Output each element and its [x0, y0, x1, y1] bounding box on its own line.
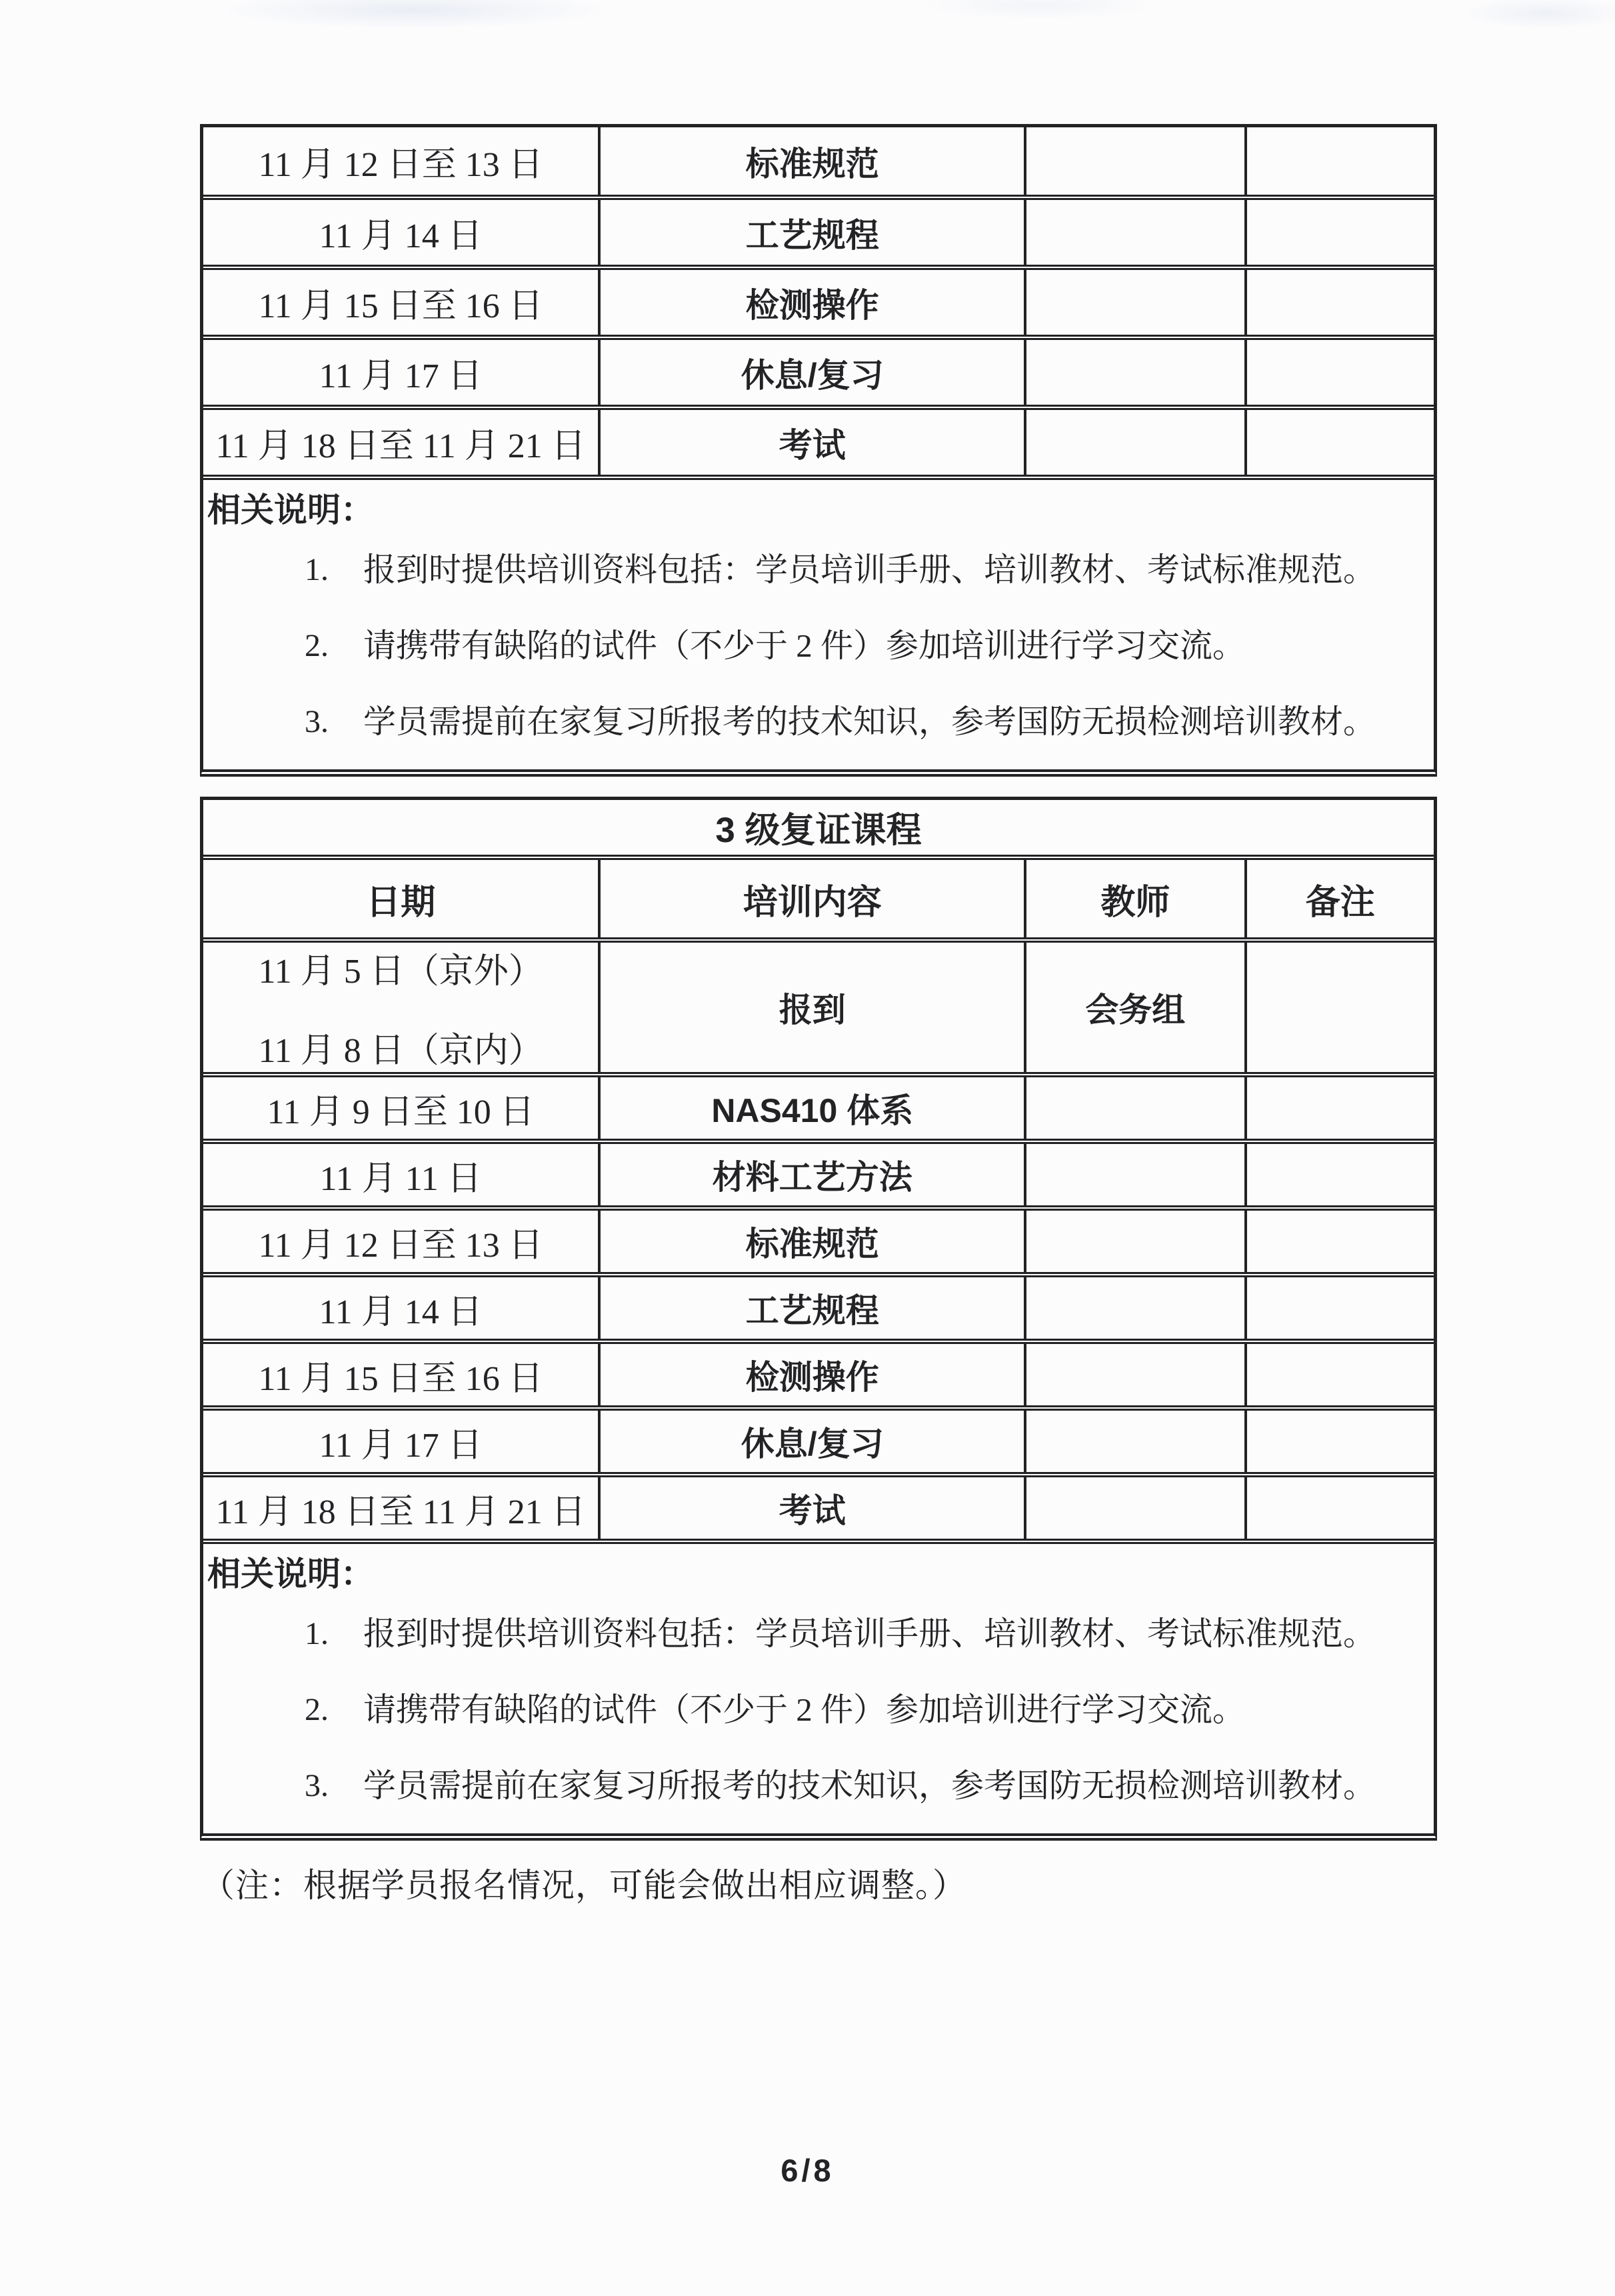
- remark-cell: [1246, 1475, 1434, 1541]
- notes-heading: 相关说明：: [203, 488, 1420, 532]
- content-cell: NAS410 体系: [599, 1075, 1025, 1141]
- teacher-cell: [1025, 267, 1245, 337]
- teacher-cell: [1025, 407, 1245, 477]
- date-cell: 11 月 15 日至 16 日: [203, 1341, 599, 1408]
- table-row: 11 月 14 日 工艺规程: [203, 1275, 1434, 1341]
- date-cell: 11 月 11 日: [203, 1141, 599, 1208]
- note-item: 2. 请携带有缺陷的试件（不少于 2 件）参加培训进行学习交流。: [203, 608, 1420, 684]
- teacher-cell: [1025, 1341, 1245, 1408]
- date-cell: 11 月 17 日: [203, 337, 599, 407]
- content-cell: 标准规范: [599, 1208, 1025, 1275]
- header-teacher: 教师: [1025, 857, 1245, 940]
- note-item-number: 3.: [305, 702, 329, 742]
- remark-cell: [1246, 1275, 1434, 1341]
- note-item-number: 2.: [305, 1690, 329, 1730]
- date-cell: 11 月 15 日至 16 日: [203, 267, 599, 337]
- date-cell: 11 月 12 日至 13 日: [203, 127, 599, 197]
- table-row: 11 月 11 日 材料工艺方法: [203, 1141, 1434, 1208]
- date-cell: 11 月 12 日至 13 日: [203, 1208, 599, 1275]
- content-cell: 检测操作: [599, 1341, 1025, 1408]
- notes-heading: 相关说明：: [203, 1552, 1420, 1596]
- teacher-cell: [1025, 1141, 1245, 1208]
- scan-noise: [0, 0, 1615, 47]
- level3-course-table-block: 3 级复证课程 日期 培训内容 教师 备注 11 月 5 日（京外） 11 月 …: [200, 797, 1437, 1841]
- note-item-text: 学员需提前在家复习所报考的技术知识，参考国防无损检测培训教材。: [363, 702, 1376, 742]
- table-row: 11 月 12 日至 13 日 标准规范: [203, 127, 1434, 197]
- note-item: 3. 学员需提前在家复习所报考的技术知识，参考国防无损检测培训教材。: [203, 684, 1420, 760]
- note-item-number: 2.: [305, 626, 329, 666]
- content-cell: 休息/复习: [599, 337, 1025, 407]
- course-table-block-continued: 11 月 12 日至 13 日 标准规范 11 月 14 日 工艺规程 11 月…: [200, 124, 1437, 777]
- note-item: 3. 学员需提前在家复习所报考的技术知识，参考国防无损检测培训教材。: [203, 1748, 1420, 1824]
- content-cell: 报到: [599, 940, 1025, 1075]
- note-item-text: 请携带有缺陷的试件（不少于 2 件）参加培训进行学习交流。: [363, 626, 1245, 666]
- level3-course-table: 3 级复证课程 日期 培训内容 教师 备注 11 月 5 日（京外） 11 月 …: [203, 800, 1434, 1544]
- table-row: 11 月 14 日 工艺规程: [203, 197, 1434, 267]
- table-row: 11 月 12 日至 13 日 标准规范: [203, 1208, 1434, 1275]
- note-item-text: 报到时提供培训资料包括：学员培训手册、培训教材、考试标准规范。: [363, 1614, 1376, 1654]
- note-item-text: 报到时提供培训资料包括：学员培训手册、培训教材、考试标准规范。: [363, 550, 1376, 590]
- teacher-cell: [1025, 337, 1245, 407]
- note-item-number: 1.: [305, 550, 329, 590]
- remark-cell: [1246, 127, 1434, 197]
- teacher-cell: [1025, 197, 1245, 267]
- content-cell: 工艺规程: [599, 1275, 1025, 1341]
- remark-cell: [1246, 337, 1434, 407]
- remark-cell: [1246, 1208, 1434, 1275]
- table-row: 11 月 17 日 休息/复习: [203, 1408, 1434, 1475]
- checkin-date-inside-beijing: 11 月 8 日（京内）: [210, 1022, 591, 1072]
- header-content: 培训内容: [599, 857, 1025, 940]
- table-title: 3 级复证课程: [203, 800, 1434, 857]
- content-cell: 标准规范: [599, 127, 1025, 197]
- teacher-cell: [1025, 1075, 1245, 1141]
- header-date: 日期: [203, 857, 599, 940]
- date-cell: 11 月 5 日（京外） 11 月 8 日（京内）: [203, 940, 599, 1075]
- date-cell: 11 月 18 日至 11 月 21 日: [203, 407, 599, 477]
- teacher-cell: [1025, 1275, 1245, 1341]
- note-item-number: 1.: [305, 1614, 329, 1654]
- table-row: 11 月 18 日至 11 月 21 日 考试: [203, 407, 1434, 477]
- remark-cell: [1246, 1408, 1434, 1475]
- date-cell: 11 月 18 日至 11 月 21 日: [203, 1475, 599, 1541]
- date-cell: 11 月 17 日: [203, 1408, 599, 1475]
- note-item-text: 请携带有缺陷的试件（不少于 2 件）参加培训进行学习交流。: [363, 1690, 1245, 1730]
- table-row: 11 月 15 日至 16 日 检测操作: [203, 267, 1434, 337]
- teacher-cell: [1025, 127, 1245, 197]
- note-item: 2. 请携带有缺陷的试件（不少于 2 件）参加培训进行学习交流。: [203, 1672, 1420, 1748]
- table-row: 11 月 17 日 休息/复习: [203, 337, 1434, 407]
- content-cell: 工艺规程: [599, 197, 1025, 267]
- remark-cell: [1246, 940, 1434, 1075]
- date-cell: 11 月 9 日至 10 日: [203, 1075, 599, 1141]
- note-item-number: 3.: [305, 1766, 329, 1806]
- adjustment-note: （注：根据学员报名情况，可能会做出相应调整。）: [201, 1859, 966, 1907]
- teacher-cell: [1025, 1475, 1245, 1541]
- remark-cell: [1246, 1341, 1434, 1408]
- content-cell: 检测操作: [599, 267, 1025, 337]
- date-cell: 11 月 14 日: [203, 197, 599, 267]
- page-number: 6/8: [0, 2152, 1615, 2189]
- scanned-document-page: { "colors":{"ink":"#232326","paper":"#fc…: [0, 0, 1615, 2296]
- remark-cell: [1246, 1075, 1434, 1141]
- teacher-cell: 会务组: [1025, 940, 1245, 1075]
- note-item-text: 学员需提前在家复习所报考的技术知识，参考国防无损检测培训教材。: [363, 1766, 1376, 1806]
- table-header-row: 日期 培训内容 教师 备注: [203, 857, 1434, 940]
- teacher-cell: [1025, 1208, 1245, 1275]
- table-row: 11 月 18 日至 11 月 21 日 考试: [203, 1475, 1434, 1541]
- table-row: 11 月 9 日至 10 日 NAS410 体系: [203, 1075, 1434, 1141]
- remark-cell: [1246, 407, 1434, 477]
- content-cell: 休息/复习: [599, 1408, 1025, 1475]
- note-item: 1. 报到时提供培训资料包括：学员培训手册、培训教材、考试标准规范。: [203, 1596, 1420, 1672]
- checkin-date-outside-beijing: 11 月 5 日（京外）: [210, 943, 591, 993]
- content-cell: 材料工艺方法: [599, 1141, 1025, 1208]
- table-row: 11 月 15 日至 16 日 检测操作: [203, 1341, 1434, 1408]
- remark-cell: [1246, 197, 1434, 267]
- note-item: 1. 报到时提供培训资料包括：学员培训手册、培训教材、考试标准规范。: [203, 532, 1420, 608]
- table-title-row: 3 级复证课程: [203, 800, 1434, 857]
- content-cell: 考试: [599, 1475, 1025, 1541]
- course-table-continued: 11 月 12 日至 13 日 标准规范 11 月 14 日 工艺规程 11 月…: [203, 127, 1434, 480]
- table-row-checkin: 11 月 5 日（京外） 11 月 8 日（京内） 报到 会务组: [203, 940, 1434, 1075]
- content-cell: 考试: [599, 407, 1025, 477]
- notes-section: 相关说明： 1. 报到时提供培训资料包括：学员培训手册、培训教材、考试标准规范。…: [203, 480, 1434, 769]
- teacher-cell: [1025, 1408, 1245, 1475]
- notes-section: 相关说明： 1. 报到时提供培训资料包括：学员培训手册、培训教材、考试标准规范。…: [203, 1544, 1434, 1833]
- date-cell: 11 月 14 日: [203, 1275, 599, 1341]
- remark-cell: [1246, 267, 1434, 337]
- remark-cell: [1246, 1141, 1434, 1208]
- header-remark: 备注: [1246, 857, 1434, 940]
